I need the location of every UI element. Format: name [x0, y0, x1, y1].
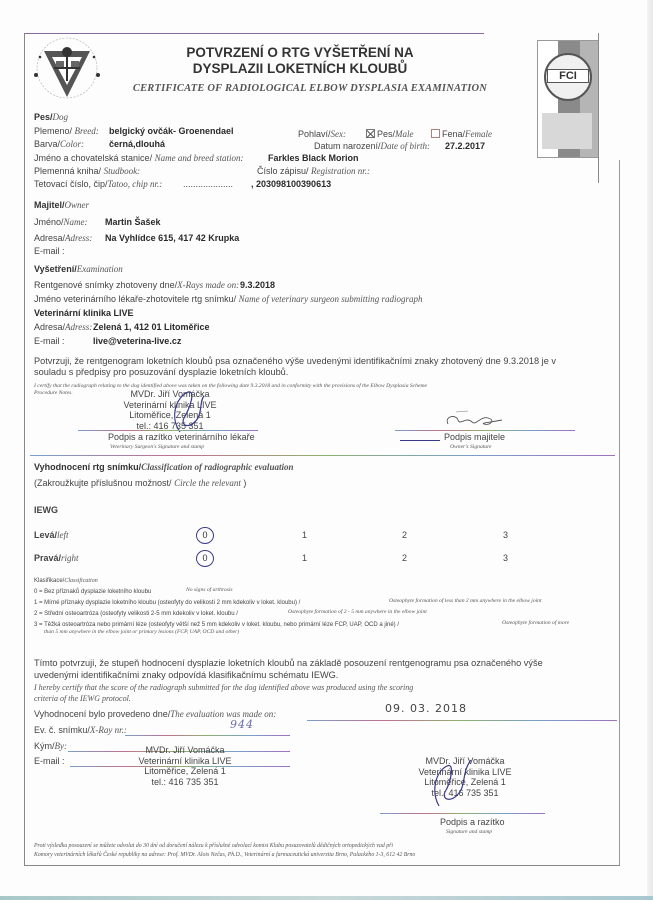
- classification-item: 2 = Střední osteoartróza (osteofyty veli…: [34, 609, 238, 620]
- breed-label: Plemeno/ Breed:: [34, 126, 99, 137]
- color-label: Barva/Color:: [34, 139, 84, 150]
- eval-date-line: [307, 720, 617, 721]
- owner-section-title: Majitel/Owner: [34, 200, 89, 210]
- dob-value: 27.2.2017: [445, 141, 485, 152]
- vet-signature-label: Podpis a razítko veterinárního lékaře: [108, 432, 255, 443]
- vet-signature-line: [78, 430, 258, 431]
- grade-option-selected[interactable]: 0: [196, 527, 214, 544]
- certification-en-1: I hereby certify that the score of the r…: [34, 683, 413, 692]
- document-title: POTVRZENÍ O RTG VYŠETŘENÍ NA DYSPLAZII L…: [140, 45, 460, 77]
- male-checkbox[interactable]: [366, 129, 375, 138]
- clinic-name: Veterinární klinika LIVE: [34, 308, 134, 319]
- grade-option[interactable]: 3: [503, 530, 508, 540]
- classification-item-en: Osteophyte formation of 2 - 5 mm anywher…: [288, 609, 427, 615]
- title-line-1: POTVRZENÍ O RTG VYŠETŘENÍ NA: [140, 45, 460, 61]
- breed-value: belgický ovčák- Groenendael: [109, 126, 234, 137]
- owner-signature-label-en: Owner's Signature: [450, 444, 492, 450]
- grade-option-selected[interactable]: 0: [196, 550, 214, 567]
- chip-value: , 203098100390613: [251, 179, 331, 190]
- sex-female-option[interactable]: Fena/Female: [431, 129, 492, 140]
- classification-item-en: No signs of arthrosis: [186, 587, 233, 593]
- page-edge: [647, 0, 653, 900]
- grade-option[interactable]: 2: [402, 553, 407, 563]
- cert-stamp-left: MVDr. Jiří Vomáčka Veterinární klinika L…: [115, 745, 255, 787]
- xray-nr-value: 944: [230, 718, 254, 731]
- grade-option[interactable]: 1: [302, 553, 307, 563]
- classification-item-en-cont: than 5 mm anywhere in the elbow joint or…: [44, 629, 239, 635]
- confirm-text-en-2: Procedure Notes.: [34, 390, 73, 396]
- certification-cz-1: Tímto potvrzuji, že stupeň hodnocení dys…: [34, 658, 543, 669]
- name-label: Jméno a chovatelská stanice/ Name and br…: [34, 153, 244, 164]
- owner-email-label: E-mail :: [34, 246, 65, 257]
- grade-option[interactable]: 2: [402, 530, 407, 540]
- page-bottom-edge: [0, 896, 653, 900]
- dog-section-title: Pes/Dog: [34, 112, 68, 122]
- clinic-address-value: Zelená 1, 412 01 Litoměřice: [93, 322, 210, 333]
- color-value: černá,dlouhá: [109, 139, 165, 150]
- certification-en-2: criteria of the IEWG protocol.: [34, 694, 131, 703]
- cert-signature-label-en: Signature and stamp: [446, 829, 492, 835]
- female-checkbox[interactable]: [431, 129, 440, 138]
- grade-row-label: Pravá/right: [34, 553, 79, 564]
- iewg-scheme-label: IEWG: [34, 505, 58, 515]
- owner-sig-stroke: [400, 440, 440, 441]
- clinic-address-label: Adresa/Adress:: [34, 322, 92, 333]
- chip-label: Tetovací číslo, čip/Tatoo, chip nr.:: [34, 179, 162, 190]
- xray-date-value: 9.3.2018: [240, 280, 275, 291]
- title-line-2: DYSPLAZII LOKETNÍCH KLOUBŮ: [140, 61, 460, 77]
- owner-signature-label: Podpis majitele: [444, 432, 505, 443]
- classification-item: 1 = Mírné příznaky dysplazie loketního k…: [34, 598, 300, 609]
- by-label: Kým/By:: [34, 741, 67, 752]
- confirm-text-cz-1: Potvrzuji, že rentgenogram loketních klo…: [34, 356, 556, 367]
- studbook-label: Plemenná kniha/ Studbook:: [34, 166, 140, 177]
- sex-male-option[interactable]: Pes/Male: [366, 129, 414, 140]
- grade-row-label: Levá/left: [34, 530, 69, 541]
- dob-label: Datum narození/Date of birth:: [314, 141, 430, 152]
- classification-item-en: Osteophyte formation of less than 2 mm a…: [389, 598, 542, 604]
- veterinary-chamber-logo: [30, 35, 105, 103]
- evaluation-instruction: (Zakroužkujte příslušnou možnost/ Circle…: [34, 478, 246, 489]
- xray-nr-line: [125, 735, 290, 736]
- vet-signature: [160, 388, 210, 434]
- classification-label: Klasifikace/Classification: [34, 576, 98, 587]
- clinic-email-value: live@veterina-live.cz: [93, 336, 181, 347]
- cert-email-label: E-mail :: [34, 756, 65, 767]
- owner-name-value: Martin Šašek: [105, 217, 161, 228]
- evaluation-section-title: Vyhodnocení rtg snímku/Classification of…: [34, 462, 293, 472]
- cert-signature-line: [380, 813, 545, 814]
- frame-left: [24, 105, 25, 865]
- footer-line-2: Komory veterinárních lékařů České republ…: [34, 852, 415, 858]
- owner-address-value: Na Vyhlídce 615, 417 42 Krupka: [105, 233, 239, 244]
- vet-signature-label-en: Veterinary Surgeon's Signature and stamp: [110, 444, 204, 450]
- chip-dots: ....................: [183, 179, 233, 190]
- frame-right: [619, 160, 620, 865]
- clinic-email-label: E-mail :: [34, 336, 65, 347]
- confirm-text-cz-2: souladu s předpisy pro posuzování dyspla…: [34, 367, 288, 378]
- grade-option[interactable]: 3: [503, 553, 508, 563]
- eval-date-value: 09. 03. 2018: [385, 702, 467, 715]
- footer-line-1: Proti výsledku posouzení se můžete odvol…: [34, 843, 393, 849]
- certification-cz-2: uvedenými identifikačními znaky odpovídá…: [34, 670, 338, 681]
- dog-name-value: Farkles Black Morion: [268, 153, 359, 164]
- exam-section-title: Vyšetření/Examination: [34, 264, 123, 274]
- frame-right-top: [598, 33, 599, 183]
- xray-date-label: Rentgenové snímky zhotoveny dne/X-Rays m…: [34, 280, 239, 291]
- registration-label: Číslo zápisu/ Registration nr.:: [257, 166, 370, 177]
- fci-logo-text: FCI: [547, 69, 589, 83]
- section-divider: [30, 455, 615, 456]
- fci-logo: FCI: [537, 40, 599, 158]
- frame-bottom: [24, 865, 620, 866]
- classification-item: 0 = Bez příznaků dysplazie loketního klo…: [34, 587, 151, 598]
- xray-nr-label: Ev. č. snímku/X-Ray nr.:: [34, 725, 127, 736]
- classification-item-en: Osteophyte formation of more: [502, 620, 569, 626]
- owner-name-label: Jméno/Name:: [34, 217, 88, 228]
- document-title-en: CERTIFICATE OF RADIOLOGICAL ELBOW DYSPLA…: [100, 83, 520, 94]
- cert-signature: [425, 756, 485, 808]
- vet-name-label: Jméno veterinárního lékaře-zhotovitele r…: [34, 294, 423, 305]
- sex-label: Pohlaví/Sex:: [298, 129, 346, 140]
- grade-option[interactable]: 1: [302, 530, 307, 540]
- owner-signature: [440, 410, 510, 432]
- owner-signature-line: [395, 430, 575, 431]
- cert-signature-label: Podpis a razítko: [440, 817, 505, 828]
- owner-address-label: Adresa/Adress:: [34, 233, 92, 244]
